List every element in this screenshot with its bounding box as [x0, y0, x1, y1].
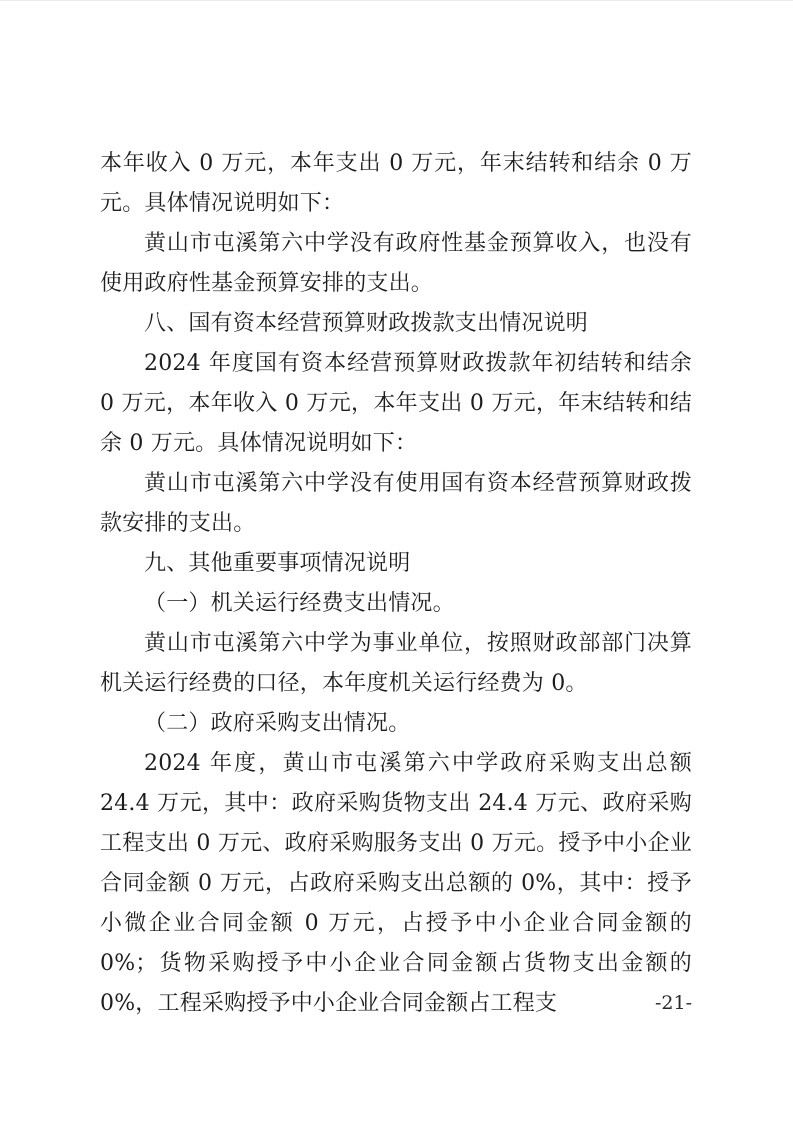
paragraph-gov-fund-note: 黄山市屯溪第六中学没有政府性基金预算收入，也没有使用政府性基金预算安排的支出。 — [100, 224, 692, 304]
paragraph-state-capital-note: 黄山市屯溪第六中学没有使用国有资本经营预算财政拨款安排的支出。 — [100, 464, 692, 544]
page-content: 本年收入 0 万元，本年支出 0 万元，年末结转和结余 0 万元。具体情况说明如… — [100, 144, 692, 1024]
paragraph-continuation: 本年收入 0 万元，本年支出 0 万元，年末结转和结余 0 万元。具体情况说明如… — [100, 144, 692, 224]
document-page: 本年收入 0 万元，本年支出 0 万元，年末结转和结余 0 万元。具体情况说明如… — [0, 0, 793, 1122]
subsection-heading-2: （二）政府采购支出情况。 — [100, 704, 692, 744]
paragraph-operating-expense: 黄山市屯溪第六中学为事业单位，按照财政部部门决算机关运行经费的口径，本年度机关运… — [100, 624, 692, 704]
paragraph-state-capital-summary: 2024 年度国有资本经营预算财政拨款年初结转和结余 0 万元，本年收入 0 万… — [100, 344, 692, 464]
page-number: -21- — [655, 992, 692, 1014]
section-heading-9: 九、其他重要事项情况说明 — [100, 544, 692, 584]
paragraph-procurement-detail: 2024 年度，黄山市屯溪第六中学政府采购支出总额 24.4 万元，其中：政府采… — [100, 744, 692, 1024]
subsection-heading-1: （一）机关运行经费支出情况。 — [100, 584, 692, 624]
section-heading-8: 八、国有资本经营预算财政拨款支出情况说明 — [100, 304, 692, 344]
